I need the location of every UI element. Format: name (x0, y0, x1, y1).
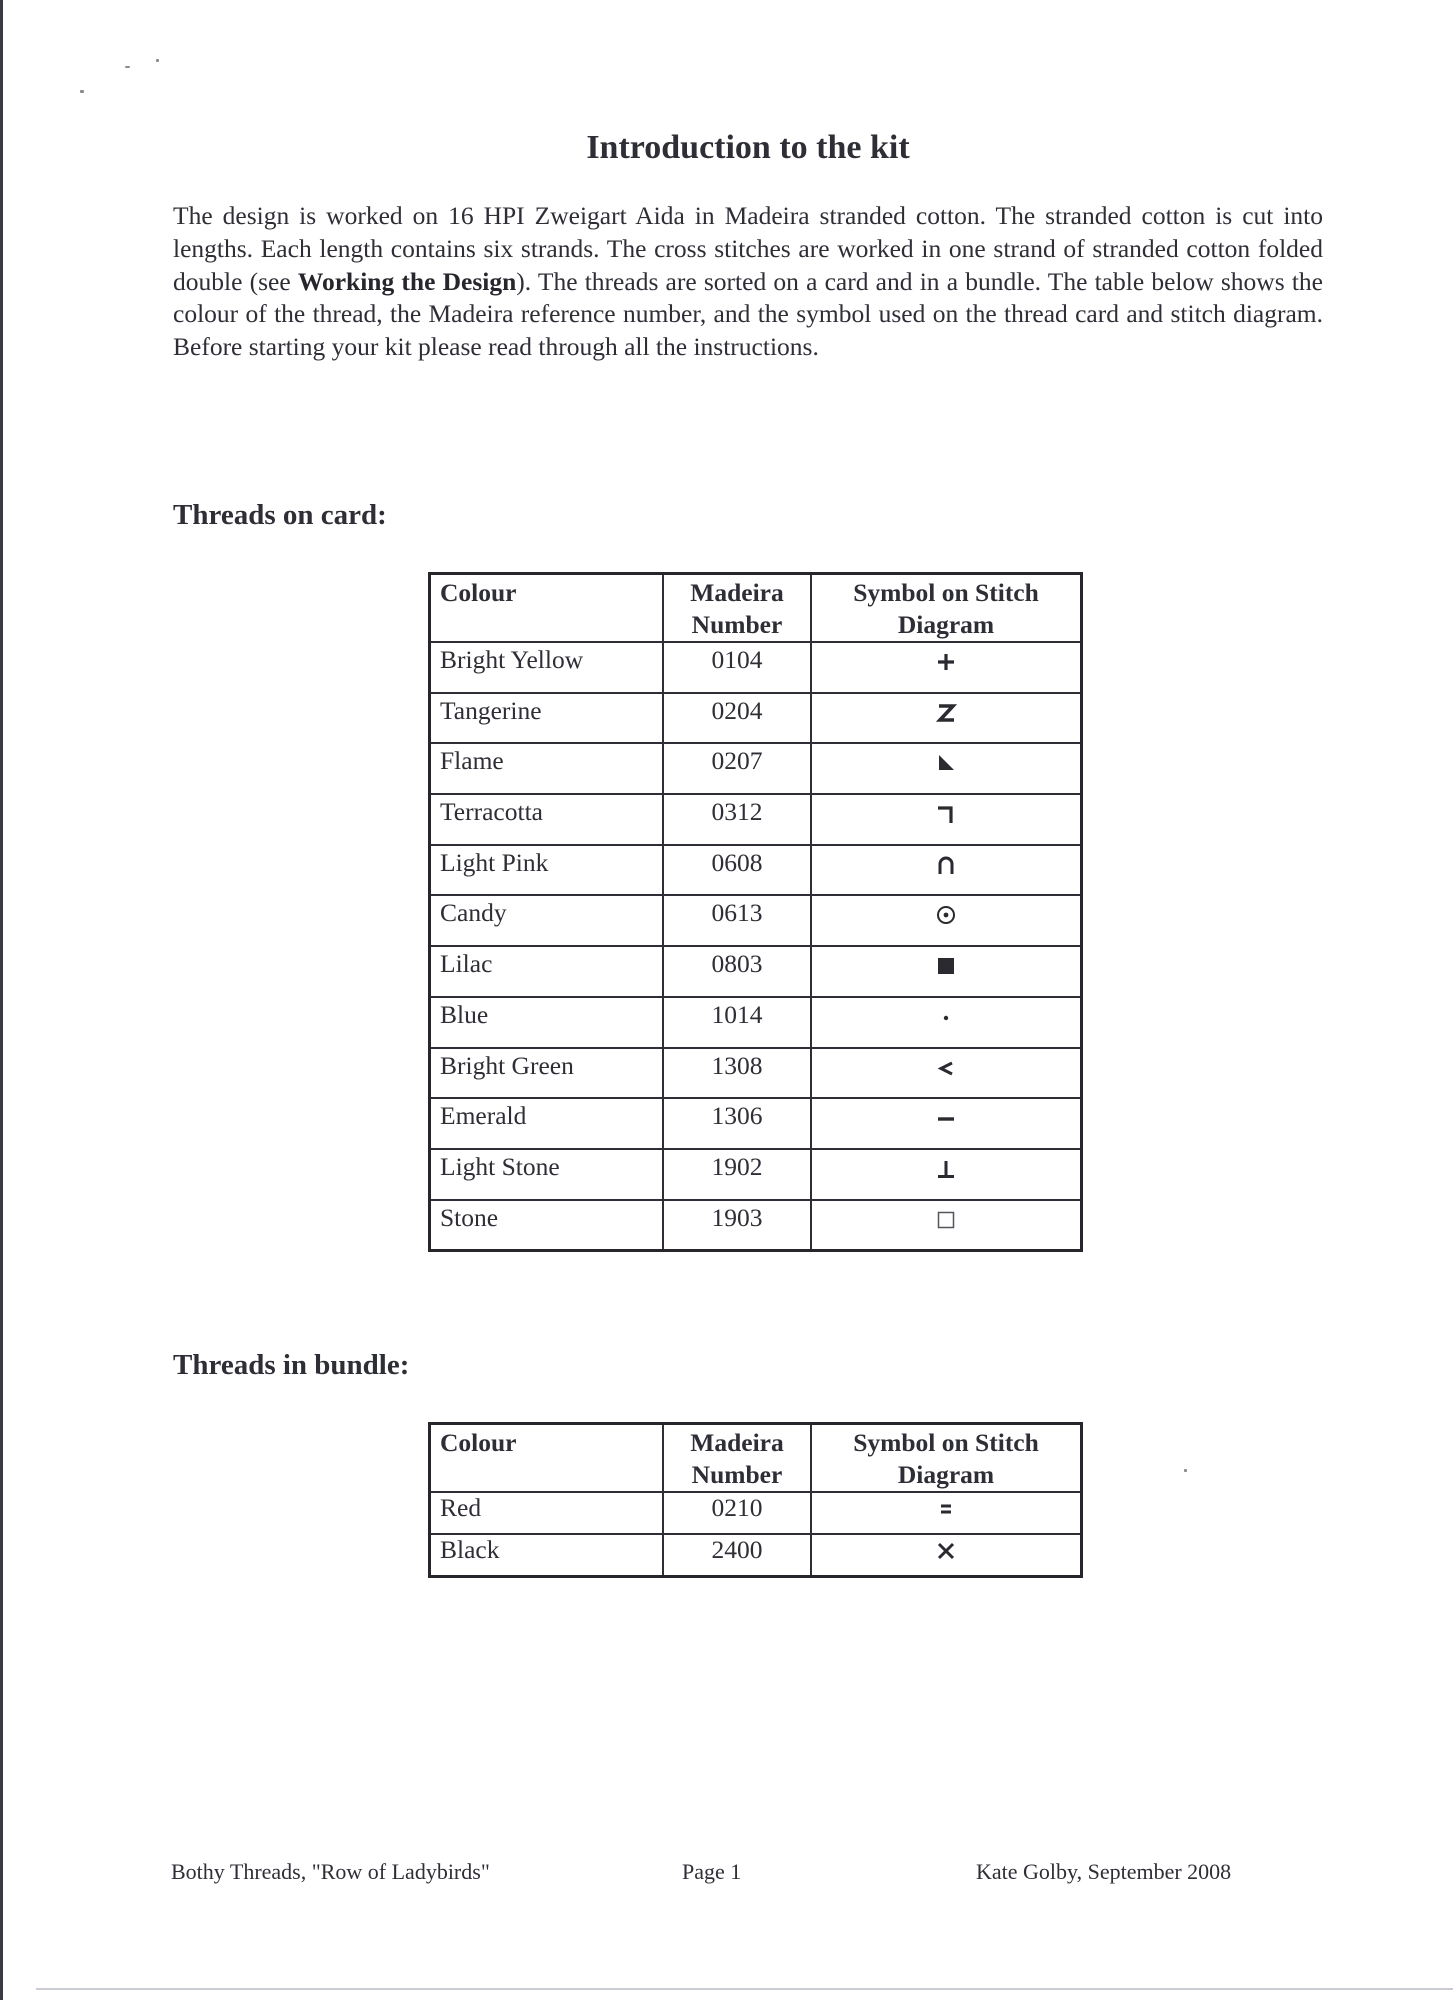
cell-symbol (811, 1534, 1082, 1577)
column-header-madeira-number: MadeiraNumber (663, 1424, 811, 1493)
cell-symbol (811, 845, 1082, 896)
cell-symbol (811, 1149, 1082, 1200)
cell-madeira-number: 1902 (663, 1149, 811, 1200)
table-row: Tangerine0204 (430, 693, 1082, 744)
column-header-colour: Colour (430, 574, 664, 643)
scan-speck (125, 66, 130, 68)
cell-symbol (811, 1492, 1082, 1534)
cell-madeira-number: 1014 (663, 997, 811, 1048)
cell-colour: Light Pink (430, 845, 664, 896)
table-row: Blue1014 (430, 997, 1082, 1048)
up-tack-icon (934, 1157, 958, 1181)
cell-colour: Flame (430, 743, 664, 794)
filled-square-icon (934, 954, 958, 978)
intro-paragraph: The design is worked on 16 HPI Zweigart … (173, 200, 1323, 364)
cell-symbol (811, 642, 1082, 693)
cell-madeira-number: 0613 (663, 895, 811, 946)
cell-madeira-number: 1306 (663, 1098, 811, 1149)
letter-z-icon (934, 701, 958, 725)
arch-icon (934, 853, 958, 877)
dot-icon (934, 1005, 958, 1029)
scan-bottom-rule (36, 1988, 1453, 1990)
cell-madeira-number: 0608 (663, 845, 811, 896)
table-row: Stone1903 (430, 1200, 1082, 1251)
cell-madeira-number: 1903 (663, 1200, 811, 1251)
footer-page-number: Page 1 (682, 1858, 741, 1886)
table-row: Candy0613 (430, 895, 1082, 946)
cell-madeira-number: 0104 (663, 642, 811, 693)
column-header-symbol: Symbol on StitchDiagram (811, 1424, 1082, 1493)
cross-x-icon (934, 1539, 958, 1563)
table-row: Light Stone1902 (430, 1149, 1082, 1200)
cell-colour: Terracotta (430, 794, 664, 845)
dash-icon (934, 1106, 958, 1130)
cell-madeira-number: 1308 (663, 1048, 811, 1099)
page-title: Introduction to the kit (0, 128, 1453, 168)
column-header-colour: Colour (430, 1424, 664, 1493)
cell-symbol (811, 693, 1082, 744)
cell-colour: Red (430, 1492, 664, 1534)
cell-symbol (811, 895, 1082, 946)
table-row: Lilac0803 (430, 946, 1082, 997)
scan-speck (1184, 1469, 1187, 1472)
cell-madeira-number: 2400 (663, 1534, 811, 1577)
bundle-section-heading: Threads in bundle: (173, 1348, 409, 1382)
cell-colour: Emerald (430, 1098, 664, 1149)
empty-square-icon (934, 1208, 958, 1232)
scan-speck (156, 59, 159, 62)
table-row: Emerald1306 (430, 1098, 1082, 1149)
footer-author-date: Kate Golby, September 2008 (976, 1858, 1231, 1886)
cell-madeira-number: 0803 (663, 946, 811, 997)
cell-colour: Tangerine (430, 693, 664, 744)
cell-colour: Black (430, 1534, 664, 1577)
cell-colour: Light Stone (430, 1149, 664, 1200)
cell-madeira-number: 0207 (663, 743, 811, 794)
cell-symbol (811, 743, 1082, 794)
footer-document-title: Bothy Threads, "Row of Ladybirds" (171, 1858, 490, 1886)
less-than-icon (934, 1056, 958, 1080)
table-header-row: Colour MadeiraNumber Symbol on StitchDia… (430, 574, 1082, 643)
cell-colour: Candy (430, 895, 664, 946)
cell-colour: Stone (430, 1200, 664, 1251)
cell-madeira-number: 0312 (663, 794, 811, 845)
cell-symbol (811, 1200, 1082, 1251)
table-header-row: Colour MadeiraNumber Symbol on StitchDia… (430, 1424, 1082, 1493)
cell-symbol (811, 997, 1082, 1048)
column-header-symbol: Symbol on StitchDiagram (811, 574, 1082, 643)
card-section-heading: Threads on card: (173, 498, 387, 532)
cell-symbol (811, 794, 1082, 845)
cell-colour: Bright Green (430, 1048, 664, 1099)
scan-left-edge (0, 0, 3, 2000)
circle-dot-icon (934, 903, 958, 927)
cell-colour: Blue (430, 997, 664, 1048)
cell-madeira-number: 0204 (663, 693, 811, 744)
plus-icon (934, 650, 958, 674)
intro-bold-reference: Working the Design (298, 267, 516, 296)
cell-madeira-number: 0210 (663, 1492, 811, 1534)
column-header-madeira-number: MadeiraNumber (663, 574, 811, 643)
cell-colour: Bright Yellow (430, 642, 664, 693)
bundle-threads-table: Colour MadeiraNumber Symbol on StitchDia… (428, 1422, 1083, 1578)
cell-symbol (811, 1098, 1082, 1149)
table-row: Red0210 (430, 1492, 1082, 1534)
table-row: Light Pink0608 (430, 845, 1082, 896)
equals-icon (934, 1497, 958, 1521)
cell-symbol (811, 946, 1082, 997)
filled-triangle-icon (934, 751, 958, 775)
scan-speck (80, 90, 84, 93)
table-row: Bright Yellow0104 (430, 642, 1082, 693)
table-row: Black2400 (430, 1534, 1082, 1577)
cell-colour: Lilac (430, 946, 664, 997)
table-row: Bright Green1308 (430, 1048, 1082, 1099)
card-threads-table: Colour MadeiraNumber Symbol on StitchDia… (428, 572, 1083, 1252)
table-row: Flame0207 (430, 743, 1082, 794)
table-row: Terracotta0312 (430, 794, 1082, 845)
corner-bracket-icon (934, 802, 958, 826)
cell-symbol (811, 1048, 1082, 1099)
